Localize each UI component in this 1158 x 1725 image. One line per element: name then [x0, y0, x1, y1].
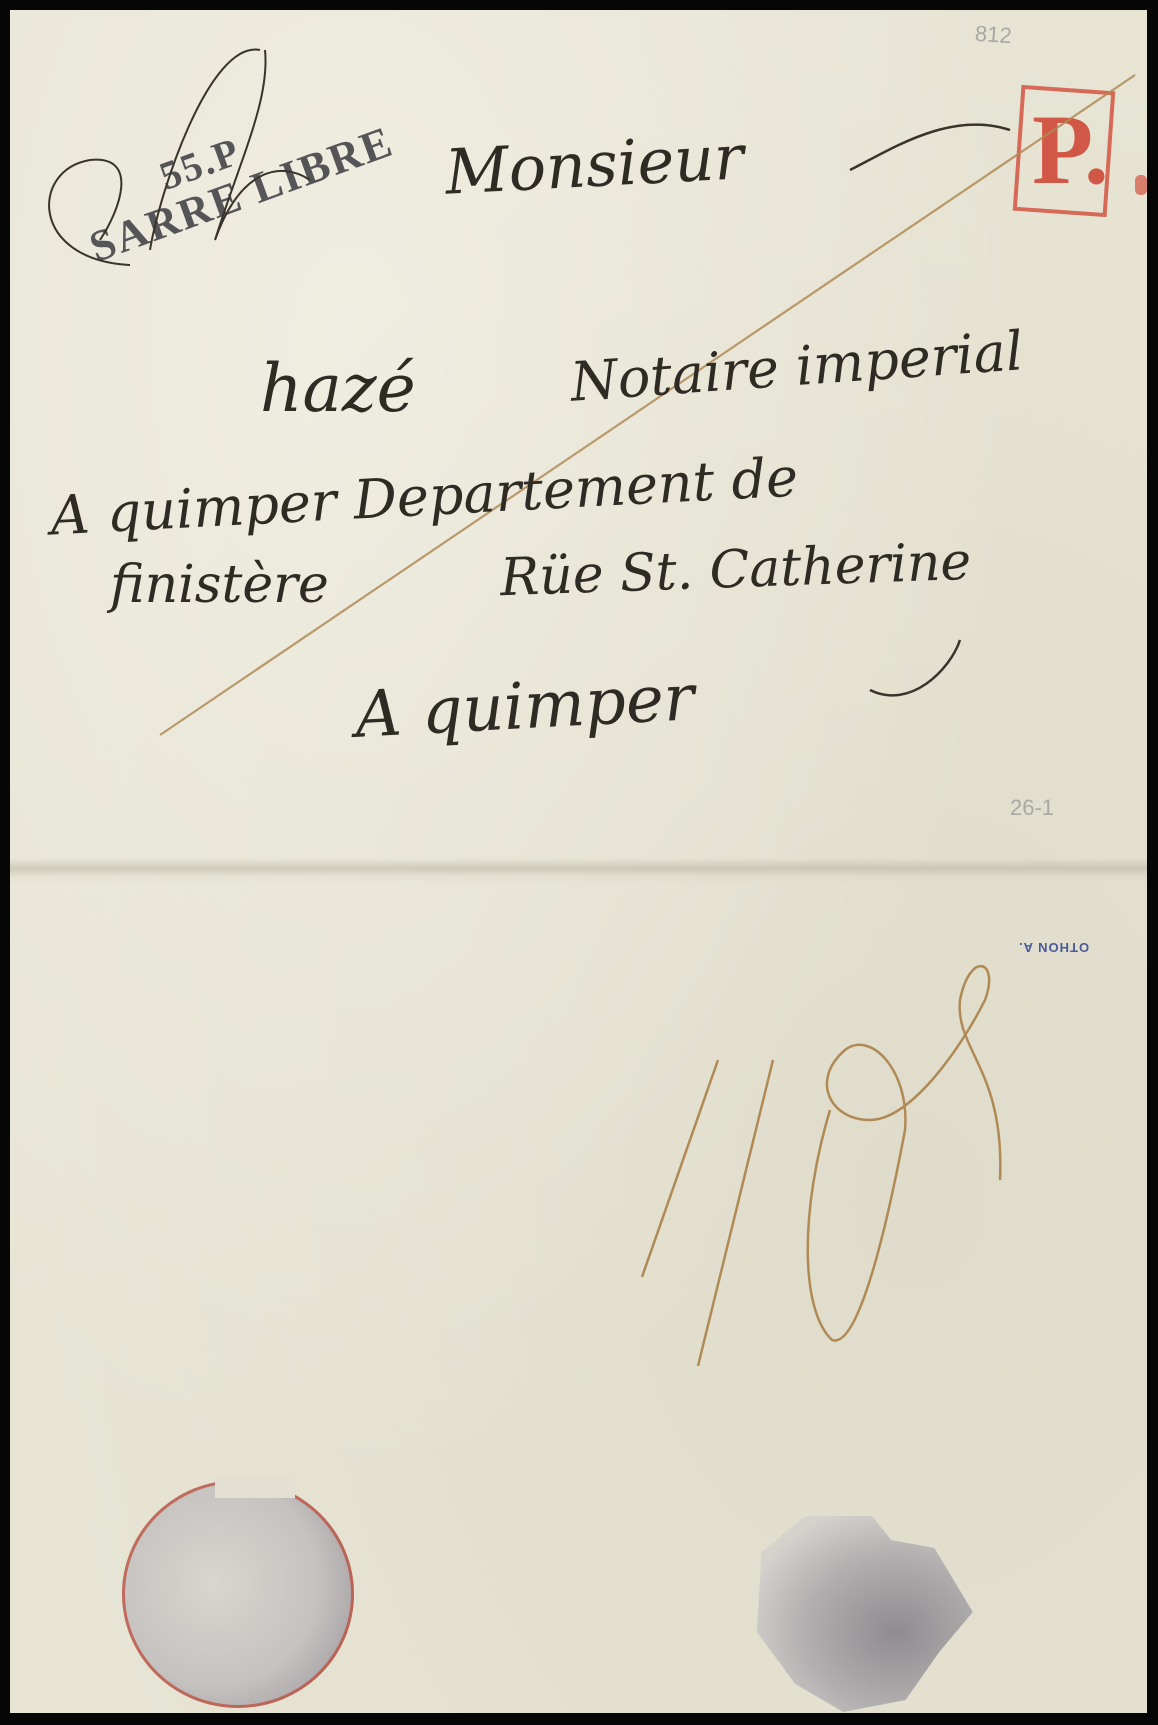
ink-flourishes	[10, 10, 1147, 1713]
photo-frame: 812 26-1 55.P SARRE LIBRE P. Monsieur	[0, 0, 1158, 1725]
address-department-name: finistère	[110, 555, 329, 615]
wax-seal-left	[122, 1480, 354, 1708]
blue-dealer-handstamp: OTHON A.	[1018, 940, 1089, 955]
letter-paper: 812 26-1 55.P SARRE LIBRE P. Monsieur	[10, 10, 1147, 1713]
address-name: hazé	[260, 350, 416, 427]
wax-seal-left-notch	[215, 1478, 295, 1498]
address-salutation: Monsieur	[443, 120, 745, 209]
